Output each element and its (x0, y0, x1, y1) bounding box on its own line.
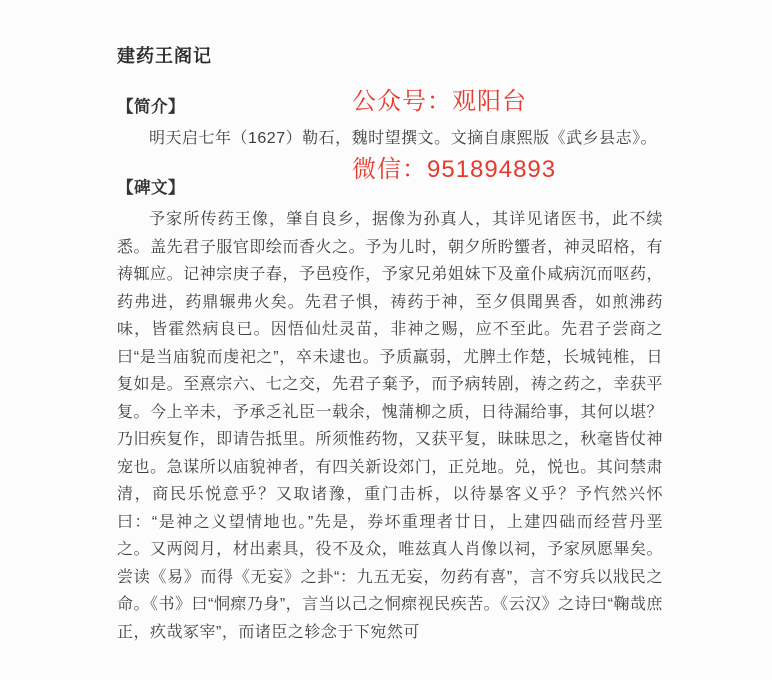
document-page: 建药王阁记 【简介】 明天启七年（1627）勒石，魏时望撰文。文摘自康熙版《武乡… (0, 0, 772, 680)
watermark-wechat-number: 微信：951894893 (352, 156, 556, 184)
inscription-paragraph: 予家所传药王像，肇自良乡，据像为孙真人，其详见诸医书，此不续悉。盖先君子服官即绘… (117, 206, 663, 646)
document-title: 建药王阁记 (117, 44, 663, 68)
intro-paragraph: 明天启七年（1627）勒石，魏时望撰文。文摘自康熙版《武乡县志》。 (117, 125, 663, 153)
watermark-public-account: 公众号：观阳台 (352, 88, 527, 116)
